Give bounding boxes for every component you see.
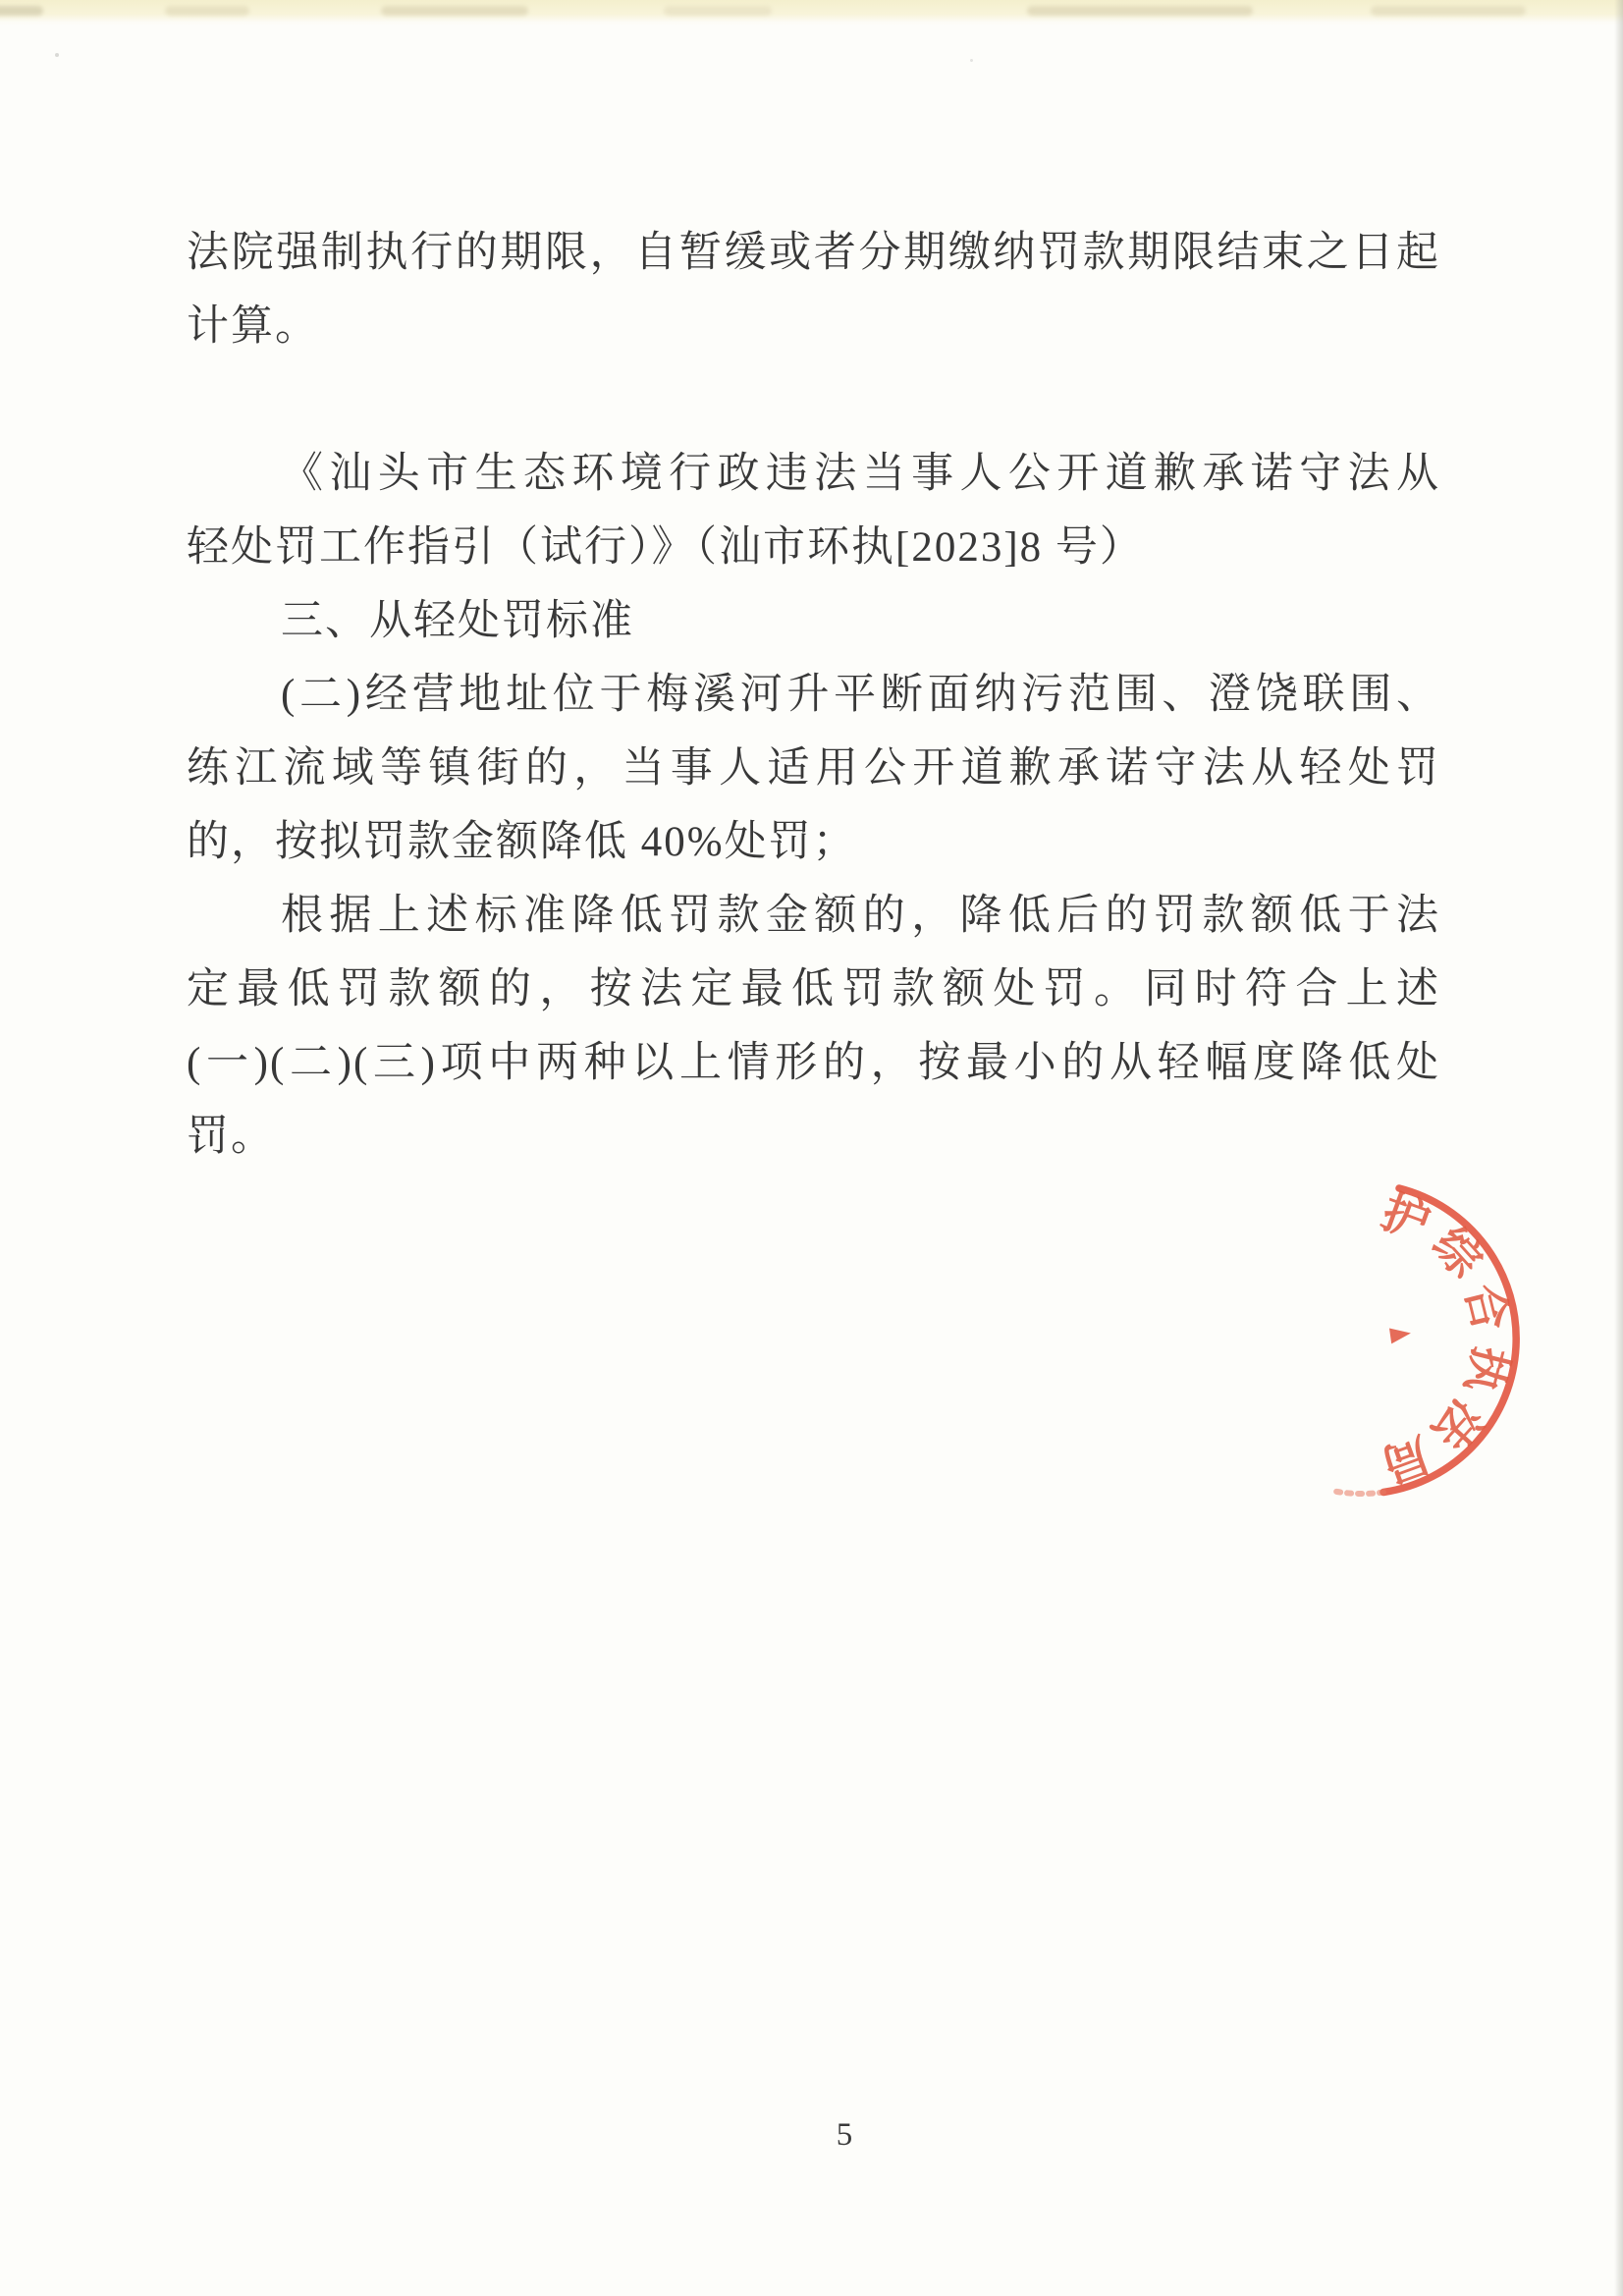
scan-speck xyxy=(970,59,973,62)
text-line: 《汕头市生态环境行政违法当事人公开道歉承诺守法从 xyxy=(187,437,1440,511)
official-seal: 护 综 合 执 法 局 xyxy=(1195,1172,1529,1505)
text-line: 的，按拟罚款金额降低 40%处罚； xyxy=(187,805,1440,879)
seal-char: 法 xyxy=(1422,1390,1491,1458)
text-line: 计算。 xyxy=(187,290,1440,363)
text-line: 定最低罚款额的，按法定最低罚款额处罚。同时符合上述 xyxy=(187,953,1440,1026)
text-line: 法院强制执行的期限，自暂缓或者分期缴纳罚款期限结束之日起 xyxy=(187,216,1440,290)
seal-star-point xyxy=(1389,1326,1412,1344)
text-line: 练江流域等镇街的，当事人适用公开道歉承诺守法从轻处罚 xyxy=(187,732,1440,805)
text-line: 轻处罚工作指引（试行）》（汕市环执[2023]8 号） xyxy=(187,511,1440,584)
seal-border-arc-faded xyxy=(1335,1492,1383,1494)
document-body: 法院强制执行的期限，自暂缓或者分期缴纳罚款期限结束之日起 计算。 《汕头市生态环… xyxy=(187,216,1440,1174)
text-line: (二)经营地址位于梅溪河升平断面纳污范围、澄饶联围、 xyxy=(187,658,1440,732)
scan-smudge xyxy=(165,6,249,16)
text-line: 罚。 xyxy=(187,1100,1440,1174)
scanned-document-page: 法院强制执行的期限，自暂缓或者分期缴纳罚款期限结束之日起 计算。 《汕头市生态环… xyxy=(0,0,1623,2296)
blank-line xyxy=(187,363,1440,437)
seal-char: 合 xyxy=(1455,1279,1516,1336)
scan-smudge xyxy=(0,6,43,16)
scan-smudge xyxy=(381,6,528,16)
scan-smudge xyxy=(1027,6,1253,16)
page-number: 5 xyxy=(0,2117,1623,2154)
scan-smudge xyxy=(664,6,772,16)
text-line: 根据上述标准降低罚款金额的，降低后的罚款额低于法 xyxy=(187,879,1440,953)
scan-artifact-top-band xyxy=(0,0,1623,26)
seal-char: 执 xyxy=(1455,1340,1516,1397)
seal-char: 综 xyxy=(1423,1219,1492,1287)
scan-smudge xyxy=(1371,6,1526,16)
text-line: 三、从轻处罚标准 xyxy=(187,584,1440,658)
scan-speck xyxy=(55,53,59,57)
text-line: (一)(二)(三)项中两种以上情形的，按最小的从轻幅度降低处 xyxy=(187,1026,1440,1100)
scan-artifact-right-edge xyxy=(1614,0,1623,2296)
